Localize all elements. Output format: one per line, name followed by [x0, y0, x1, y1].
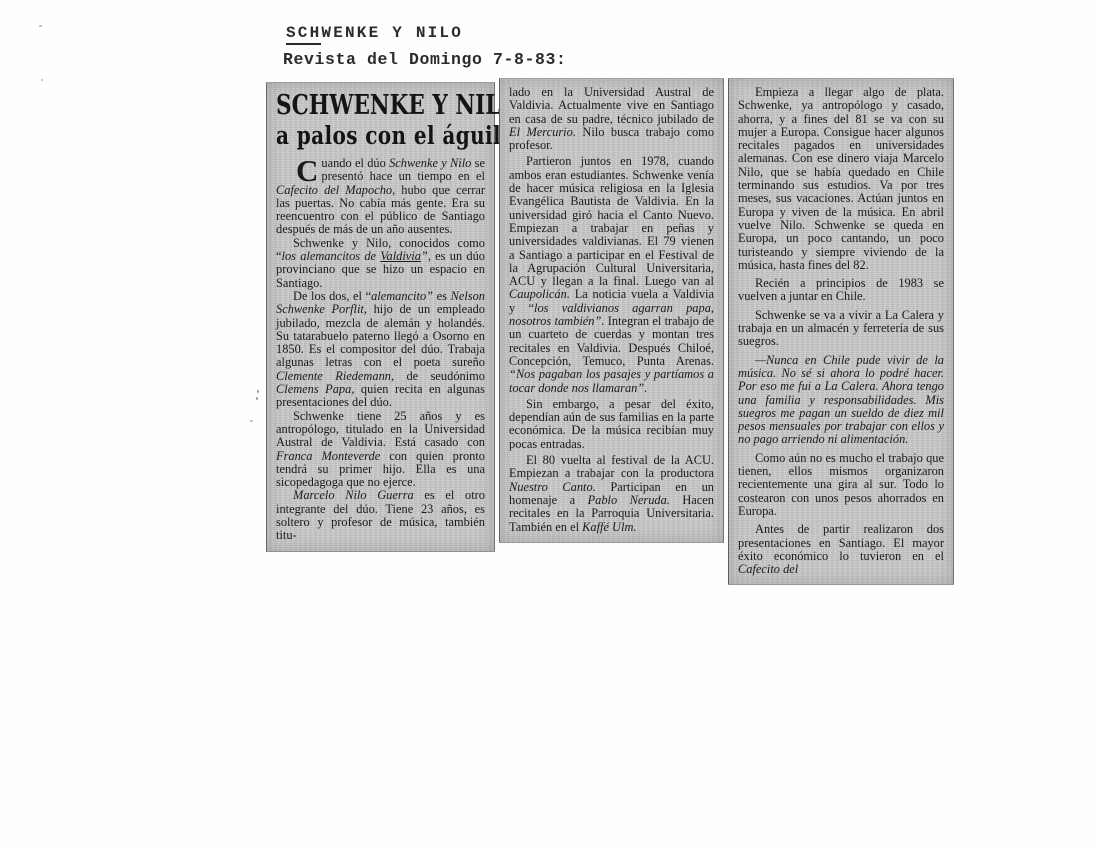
column-1-body: Cuando el dúo Schwenke y Nilo se present… [276, 157, 485, 543]
article-paragraph: De los dos, el “alemancito” es Nelson Sc… [276, 290, 485, 410]
article-headline: SCHWENKE Y NILO a palos con el águila [276, 90, 485, 150]
article-paragraph: Partieron juntos en 1978, cuando ambos e… [509, 155, 714, 394]
scanned-newspaper-clipping-page: SCHWENKE Y NILO Revista del Domingo 7-8-… [0, 0, 1100, 850]
pencil-speck [250, 420, 253, 422]
typed-artist-title: SCHWENKE Y NILO [286, 24, 463, 42]
article-paragraph: Cuando el dúo Schwenke y Nilo se present… [276, 157, 485, 237]
headline-line-2: a palos con el águila [276, 121, 443, 150]
typed-title-underlined-part: SCH [286, 24, 321, 45]
pencil-speck [41, 79, 43, 81]
article-paragraph: Como aún no es mucho el trabajo que tien… [738, 452, 944, 518]
article-column-3: Empieza a llegar algo de plata. Schwenke… [728, 78, 954, 585]
typed-source-line: Revista del Domingo 7-8-83: [283, 50, 567, 69]
pen-mark [256, 397, 258, 400]
article-paragraph: Empieza a llegar algo de plata. Schwenke… [738, 86, 944, 272]
article-paragraph: Marcelo Nilo Guerra es el otro integrant… [276, 489, 485, 542]
pen-mark [257, 390, 259, 393]
article-paragraph: Recién a principios de 1983 se vuelven a… [738, 277, 944, 304]
article-column-1: SCHWENKE Y NILO a palos con el águila Cu… [266, 82, 495, 552]
article-paragraph: lado en la Universidad Austral de Valdiv… [509, 86, 714, 152]
pencil-speck [39, 25, 42, 27]
typed-title-rest: WENKE Y NILO [321, 24, 463, 42]
column-2-body: lado en la Universidad Austral de Valdiv… [509, 86, 714, 534]
headline-line-1: SCHWENKE Y NILO [276, 90, 443, 121]
article-paragraph: Sin embargo, a pesar del éxito, dependía… [509, 398, 714, 451]
column-3-body: Empieza a llegar algo de plata. Schwenke… [738, 86, 944, 576]
article-paragraph: Schwenke se va a vivir a La Calera y tra… [738, 309, 944, 349]
article-paragraph: El 80 vuelta al festival de la ACU. Empi… [509, 454, 714, 534]
article-paragraph: Antes de partir realizaron dos presentac… [738, 523, 944, 576]
drop-cap: C [296, 158, 318, 183]
article-paragraph: —Nunca en Chile pude vivir de la música.… [738, 354, 944, 447]
article-column-2: lado en la Universidad Austral de Valdiv… [499, 78, 724, 543]
article-paragraph: Schwenke tiene 25 años y es antropólogo,… [276, 410, 485, 490]
article-paragraph: Schwenke y Nilo, conocidos como “los ale… [276, 237, 485, 290]
